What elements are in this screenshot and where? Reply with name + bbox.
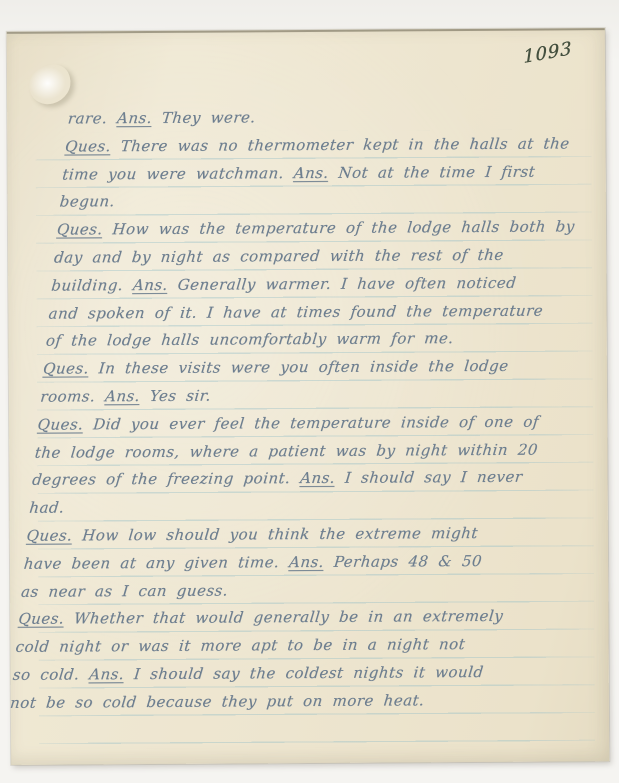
manuscript-line: Ques. In these visits were you often ins…	[42, 353, 570, 384]
manuscript-line: begun.	[58, 186, 586, 217]
manuscript-line: not be so cold because they put on more …	[9, 686, 537, 717]
manuscript-line: Ques. How low should you think the extre…	[25, 519, 553, 550]
question-answer-label: Ques.	[42, 360, 90, 378]
manuscript-line: and spoken of it. I have at times found …	[47, 297, 575, 328]
question-answer-label: Ques.	[18, 610, 66, 628]
manuscript-line: as near as I can guess.	[20, 575, 548, 606]
paper-crease	[25, 61, 76, 109]
question-answer-label: Ans.	[104, 387, 141, 405]
question-answer-label: Ques.	[26, 526, 74, 544]
manuscript-line: the lodge rooms, where a patient was by …	[33, 436, 561, 467]
scan-background: 1093 rare. Ans. They were.Ques. There wa…	[0, 0, 619, 783]
question-answer-label: Ans.	[116, 109, 153, 127]
manuscript-text: rare. Ans. They were.Ques. There was no …	[9, 102, 595, 717]
question-answer-label: Ques.	[64, 137, 112, 155]
manuscript-line: cold night or was it more apt to be in a…	[14, 631, 542, 662]
manuscript-line: Ques. There was no thermometer kept in t…	[64, 130, 592, 161]
manuscript-line: time you were watchman. Ans. Not at the …	[61, 158, 589, 189]
question-answer-label: Ans.	[293, 163, 330, 181]
manuscript-line: rare. Ans. They were.	[66, 102, 594, 133]
manuscript-line: Ques. How was the temperature of the lod…	[55, 214, 583, 245]
manuscript-page: 1093 rare. Ans. They were.Ques. There wa…	[7, 28, 609, 765]
question-answer-label: Ans.	[288, 553, 325, 571]
question-answer-label: Ques.	[56, 220, 104, 238]
manuscript-line: Ques. Whether that would generally be in…	[17, 603, 545, 634]
page-number: 1093	[523, 38, 573, 68]
manuscript-line: rooms. Ans. Yes sir.	[39, 380, 567, 411]
manuscript-line: building. Ans. Generally warmer. I have …	[50, 269, 578, 300]
question-answer-label: Ans.	[132, 276, 169, 294]
question-answer-label: Ans.	[299, 469, 336, 487]
manuscript-line: degrees of the freezing point. Ans. I sh…	[31, 464, 559, 495]
manuscript-line: have been at any given time. Ans. Perhap…	[22, 547, 550, 578]
question-answer-label: Ans.	[88, 665, 125, 683]
manuscript-line: so cold. Ans. I should say the coldest n…	[11, 659, 539, 690]
manuscript-line: day and by night as compared with the re…	[53, 241, 581, 272]
manuscript-line: Ques. Did you ever feel the temperature …	[36, 408, 564, 439]
question-answer-label: Ques.	[37, 415, 85, 433]
manuscript-line: had.	[28, 492, 556, 523]
manuscript-line: of the lodge halls uncomfortably warm fo…	[44, 325, 572, 356]
